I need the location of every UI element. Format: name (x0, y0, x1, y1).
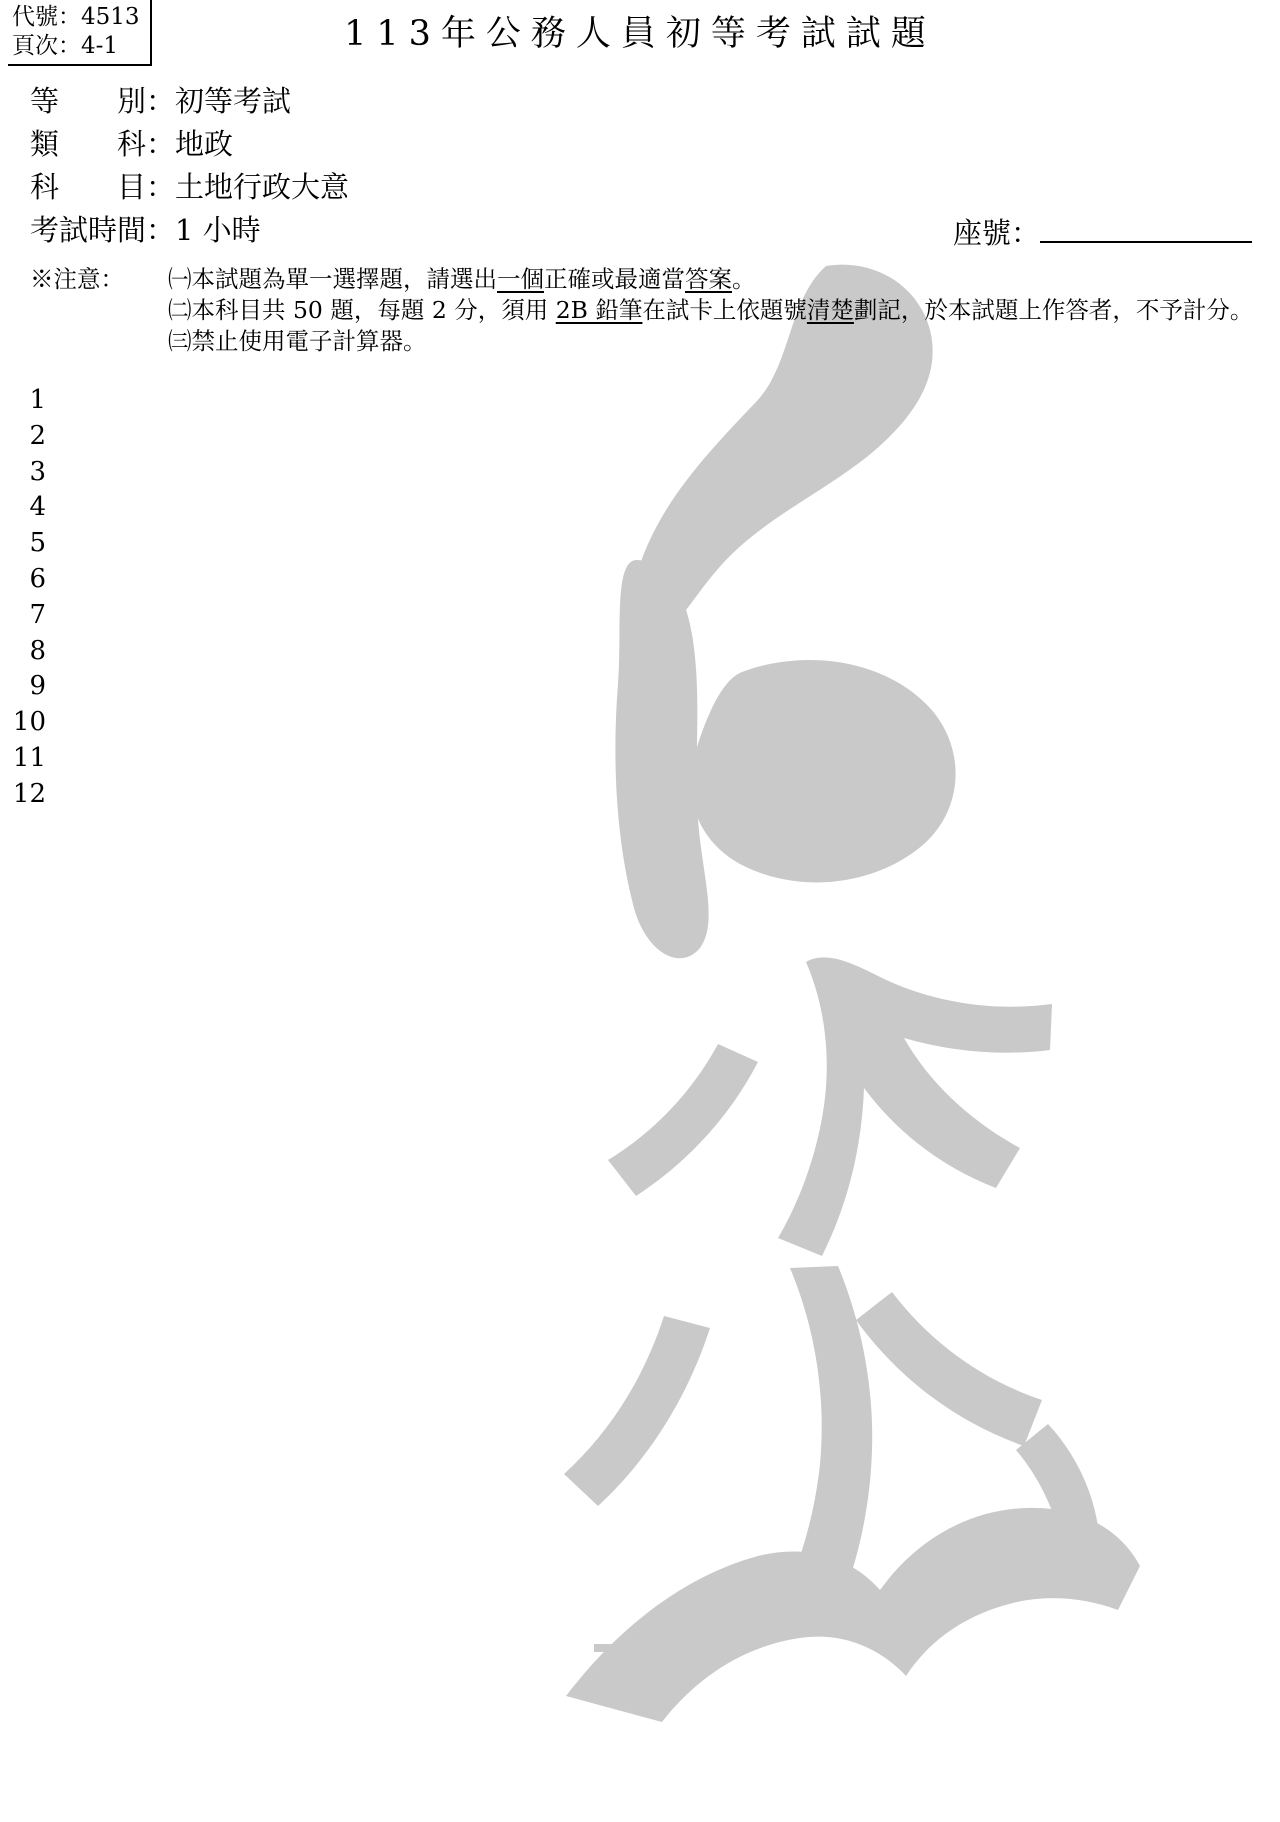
notice-text-segment: 本試題為單一選擇題，請選出 (192, 265, 498, 293)
meta-row: 等 別：初等考試 (30, 80, 1280, 123)
notice-item-prefix: ㈠ (168, 265, 192, 293)
question-list: 123456789101112 (0, 383, 1280, 813)
notice-text-segment: 答案 (685, 265, 732, 293)
question: 9 (0, 669, 1280, 705)
code-page-box: 代號：4513 頁次：4-1 (8, 0, 152, 66)
seat-number-field: 座號： (953, 209, 1252, 255)
question-number: 8 (0, 634, 46, 670)
meta-value: 土地行政大意 (175, 170, 349, 204)
notice-text-segment: 本科目共 50 題，每題 2 分，須用 (192, 296, 556, 324)
meta-label: 科 目： (30, 170, 175, 204)
meta-row: 考試時間：1 小時座號： (30, 209, 1280, 252)
question-number: 6 (0, 562, 46, 598)
notice-text-segment: 。 (732, 265, 756, 293)
seat-label: 座號： (953, 216, 1040, 250)
exam-page: 代號：4513 頁次：4-1 113年公務人員初等考試試題 等 別：初等考試類 … (0, 0, 1280, 813)
meta-label: 等 別： (30, 84, 175, 118)
question: 1 (0, 383, 1280, 419)
question: 11 (0, 741, 1280, 777)
seat-blank-line (1040, 209, 1252, 243)
page-label: 頁次： (12, 33, 81, 59)
code-line: 代號：4513 (12, 3, 140, 32)
notice-text-segment: 清楚 (807, 296, 854, 324)
notice-text-segment: 禁止使用電子計算器。 (192, 327, 427, 355)
question: 3 (0, 455, 1280, 491)
meta-label: 考試時間： (30, 213, 175, 247)
code-value: 4513 (81, 4, 140, 30)
notice-text-segment: 在試卡上依題號 (642, 296, 807, 324)
notice-text-segment: 正確或最適當 (544, 265, 685, 293)
question-number: 1 (0, 383, 46, 419)
question-number: 7 (0, 598, 46, 634)
code-label: 代號： (12, 4, 81, 30)
notice-items: ㈠本試題為單一選擇題，請選出一個正確或最適當答案。㈡本科目共 50 題，每題 2… (168, 264, 1280, 357)
meta-value: 地政 (175, 127, 233, 161)
notice-text-segment: 2B 鉛筆 (556, 296, 643, 324)
question: 6 (0, 562, 1280, 598)
notice-block: ※注意： ㈠本試題為單一選擇題，請選出一個正確或最適當答案。㈡本科目共 50 題… (30, 264, 1280, 357)
notice-label: ※注意： (30, 264, 168, 357)
meta-row: 類 科：地政 (30, 123, 1280, 166)
meta-rows: 等 別：初等考試類 科：地政科 目：土地行政大意考試時間：1 小時座號： (30, 80, 1280, 252)
question-number: 3 (0, 455, 46, 491)
question-number: 4 (0, 490, 46, 526)
page-value: 4-1 (81, 33, 118, 59)
question: 10 (0, 705, 1280, 741)
question: 12 (0, 777, 1280, 813)
notice-item: ㈡本科目共 50 題，每題 2 分，須用 2B 鉛筆在試卡上依題號清楚劃記，於本… (168, 295, 1280, 326)
question: 8 (0, 634, 1280, 670)
meta-value: 初等考試 (175, 84, 291, 118)
question-number: 2 (0, 419, 46, 455)
question-number: 11 (0, 741, 46, 777)
question: 5 (0, 526, 1280, 562)
notice-text-segment: 劃記，於本試題上作答者，不予計分。 (854, 296, 1254, 324)
question-number: 10 (0, 705, 46, 741)
question: 7 (0, 598, 1280, 634)
meta-value: 1 小時 (175, 213, 261, 247)
question: 2 (0, 419, 1280, 455)
question-number: 12 (0, 777, 46, 813)
meta-label: 類 科： (30, 127, 175, 161)
question-number: 5 (0, 526, 46, 562)
notice-item: ㈠本試題為單一選擇題，請選出一個正確或最適當答案。 (168, 264, 1280, 295)
page-line: 頁次：4-1 (12, 32, 140, 61)
question-number: 9 (0, 669, 46, 705)
meta-row: 科 目：土地行政大意 (30, 166, 1280, 209)
notice-item-prefix: ㈢ (168, 327, 192, 355)
notice-item-prefix: ㈡ (168, 296, 192, 324)
notice-item: ㈢禁止使用電子計算器。 (168, 326, 1280, 357)
notice-text-segment: 一個 (497, 265, 544, 293)
question: 4 (0, 490, 1280, 526)
exam-title: 113年公務人員初等考試試題 (0, 0, 1280, 56)
